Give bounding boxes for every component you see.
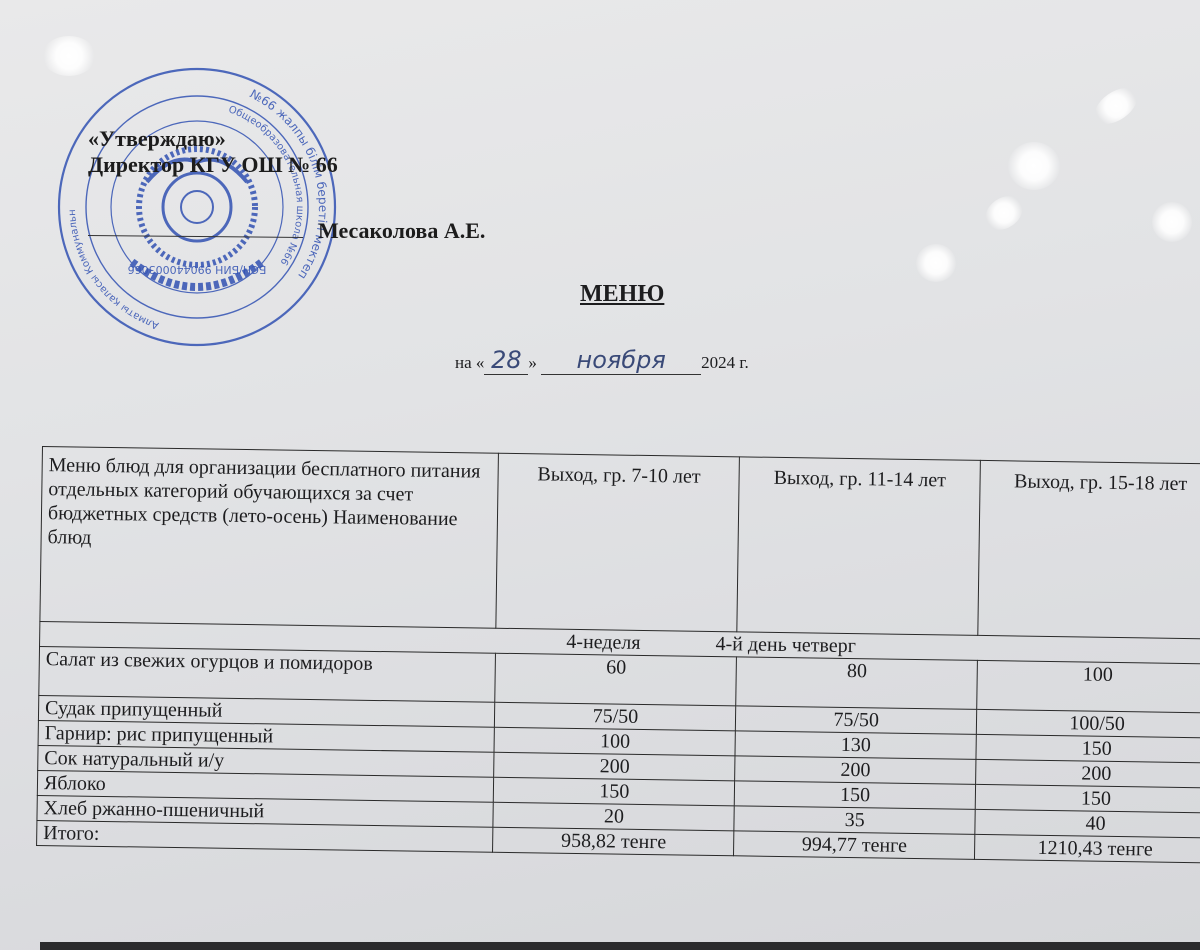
portion-7-10: 75/50 [495, 702, 736, 731]
approval-name: Месаколова А.Е. [318, 218, 485, 244]
stamp-bin: БСН/БИН 990440003066 [128, 263, 267, 276]
portion-7-10: 60 [495, 653, 737, 706]
total-15-18: 1210,43 тенге [975, 834, 1200, 863]
date-mid: » [528, 353, 537, 372]
table-header-row: Меню блюд для организации бесплатного пи… [40, 447, 1200, 639]
menu-table: Меню блюд для организации бесплатного пи… [36, 446, 1200, 863]
dish-name: Салат из свежих огурцов и помидоров [39, 646, 496, 702]
portion-15-18: 100 [977, 660, 1200, 713]
portion-7-10: 100 [494, 727, 735, 756]
document-date: на «28» ноября2024 г. [455, 346, 749, 375]
date-month-handwritten: ноября [577, 346, 666, 374]
header-age-11-14: Выход, гр. 11-14 лет [737, 457, 980, 636]
portion-15-18: 40 [975, 809, 1200, 838]
frame-edge [40, 942, 1200, 950]
date-day-handwritten: 28 [491, 346, 522, 374]
portion-11-14: 75/50 [736, 706, 977, 735]
light-reflection [1152, 202, 1192, 242]
portion-7-10: 150 [494, 777, 735, 806]
light-reflection [1088, 81, 1143, 131]
total-7-10: 958,82 тенге [493, 827, 734, 856]
header-age-15-18: Выход, гр. 15-18 лет [978, 460, 1200, 639]
portion-15-18: 150 [975, 784, 1200, 813]
light-reflection [916, 244, 956, 282]
day-label: 4-й день четверг [715, 632, 856, 658]
official-stamp: №66 жалпы білім беретін мектеп Общеобраз… [52, 62, 342, 352]
portion-11-14: 200 [735, 756, 976, 785]
header-age-7-10: Выход, гр. 7-10 лет [496, 453, 739, 632]
portion-15-18: 100/50 [976, 709, 1200, 738]
portion-7-10: 20 [493, 802, 734, 831]
light-reflection [1008, 142, 1060, 190]
portion-15-18: 150 [976, 734, 1200, 763]
approval-position: Директор КГУ ОШ № 66 [88, 152, 338, 178]
portion-11-14: 130 [735, 731, 976, 760]
portion-7-10: 200 [494, 752, 735, 781]
total-11-14: 994,77 тенге [734, 831, 975, 860]
date-prefix: на « [455, 353, 484, 372]
date-suffix: 2024 г. [701, 353, 749, 372]
light-reflection [979, 189, 1029, 237]
week-label: 4-неделя [566, 630, 641, 655]
portion-15-18: 200 [976, 759, 1200, 788]
approval-heading: «Утверждаю» [88, 126, 226, 152]
portion-11-14: 80 [736, 657, 978, 710]
document-title: МЕНЮ [580, 281, 664, 308]
portion-11-14: 35 [734, 806, 975, 835]
header-dish-name: Меню блюд для организации бесплатного пи… [40, 447, 499, 629]
portion-11-14: 150 [735, 781, 976, 810]
